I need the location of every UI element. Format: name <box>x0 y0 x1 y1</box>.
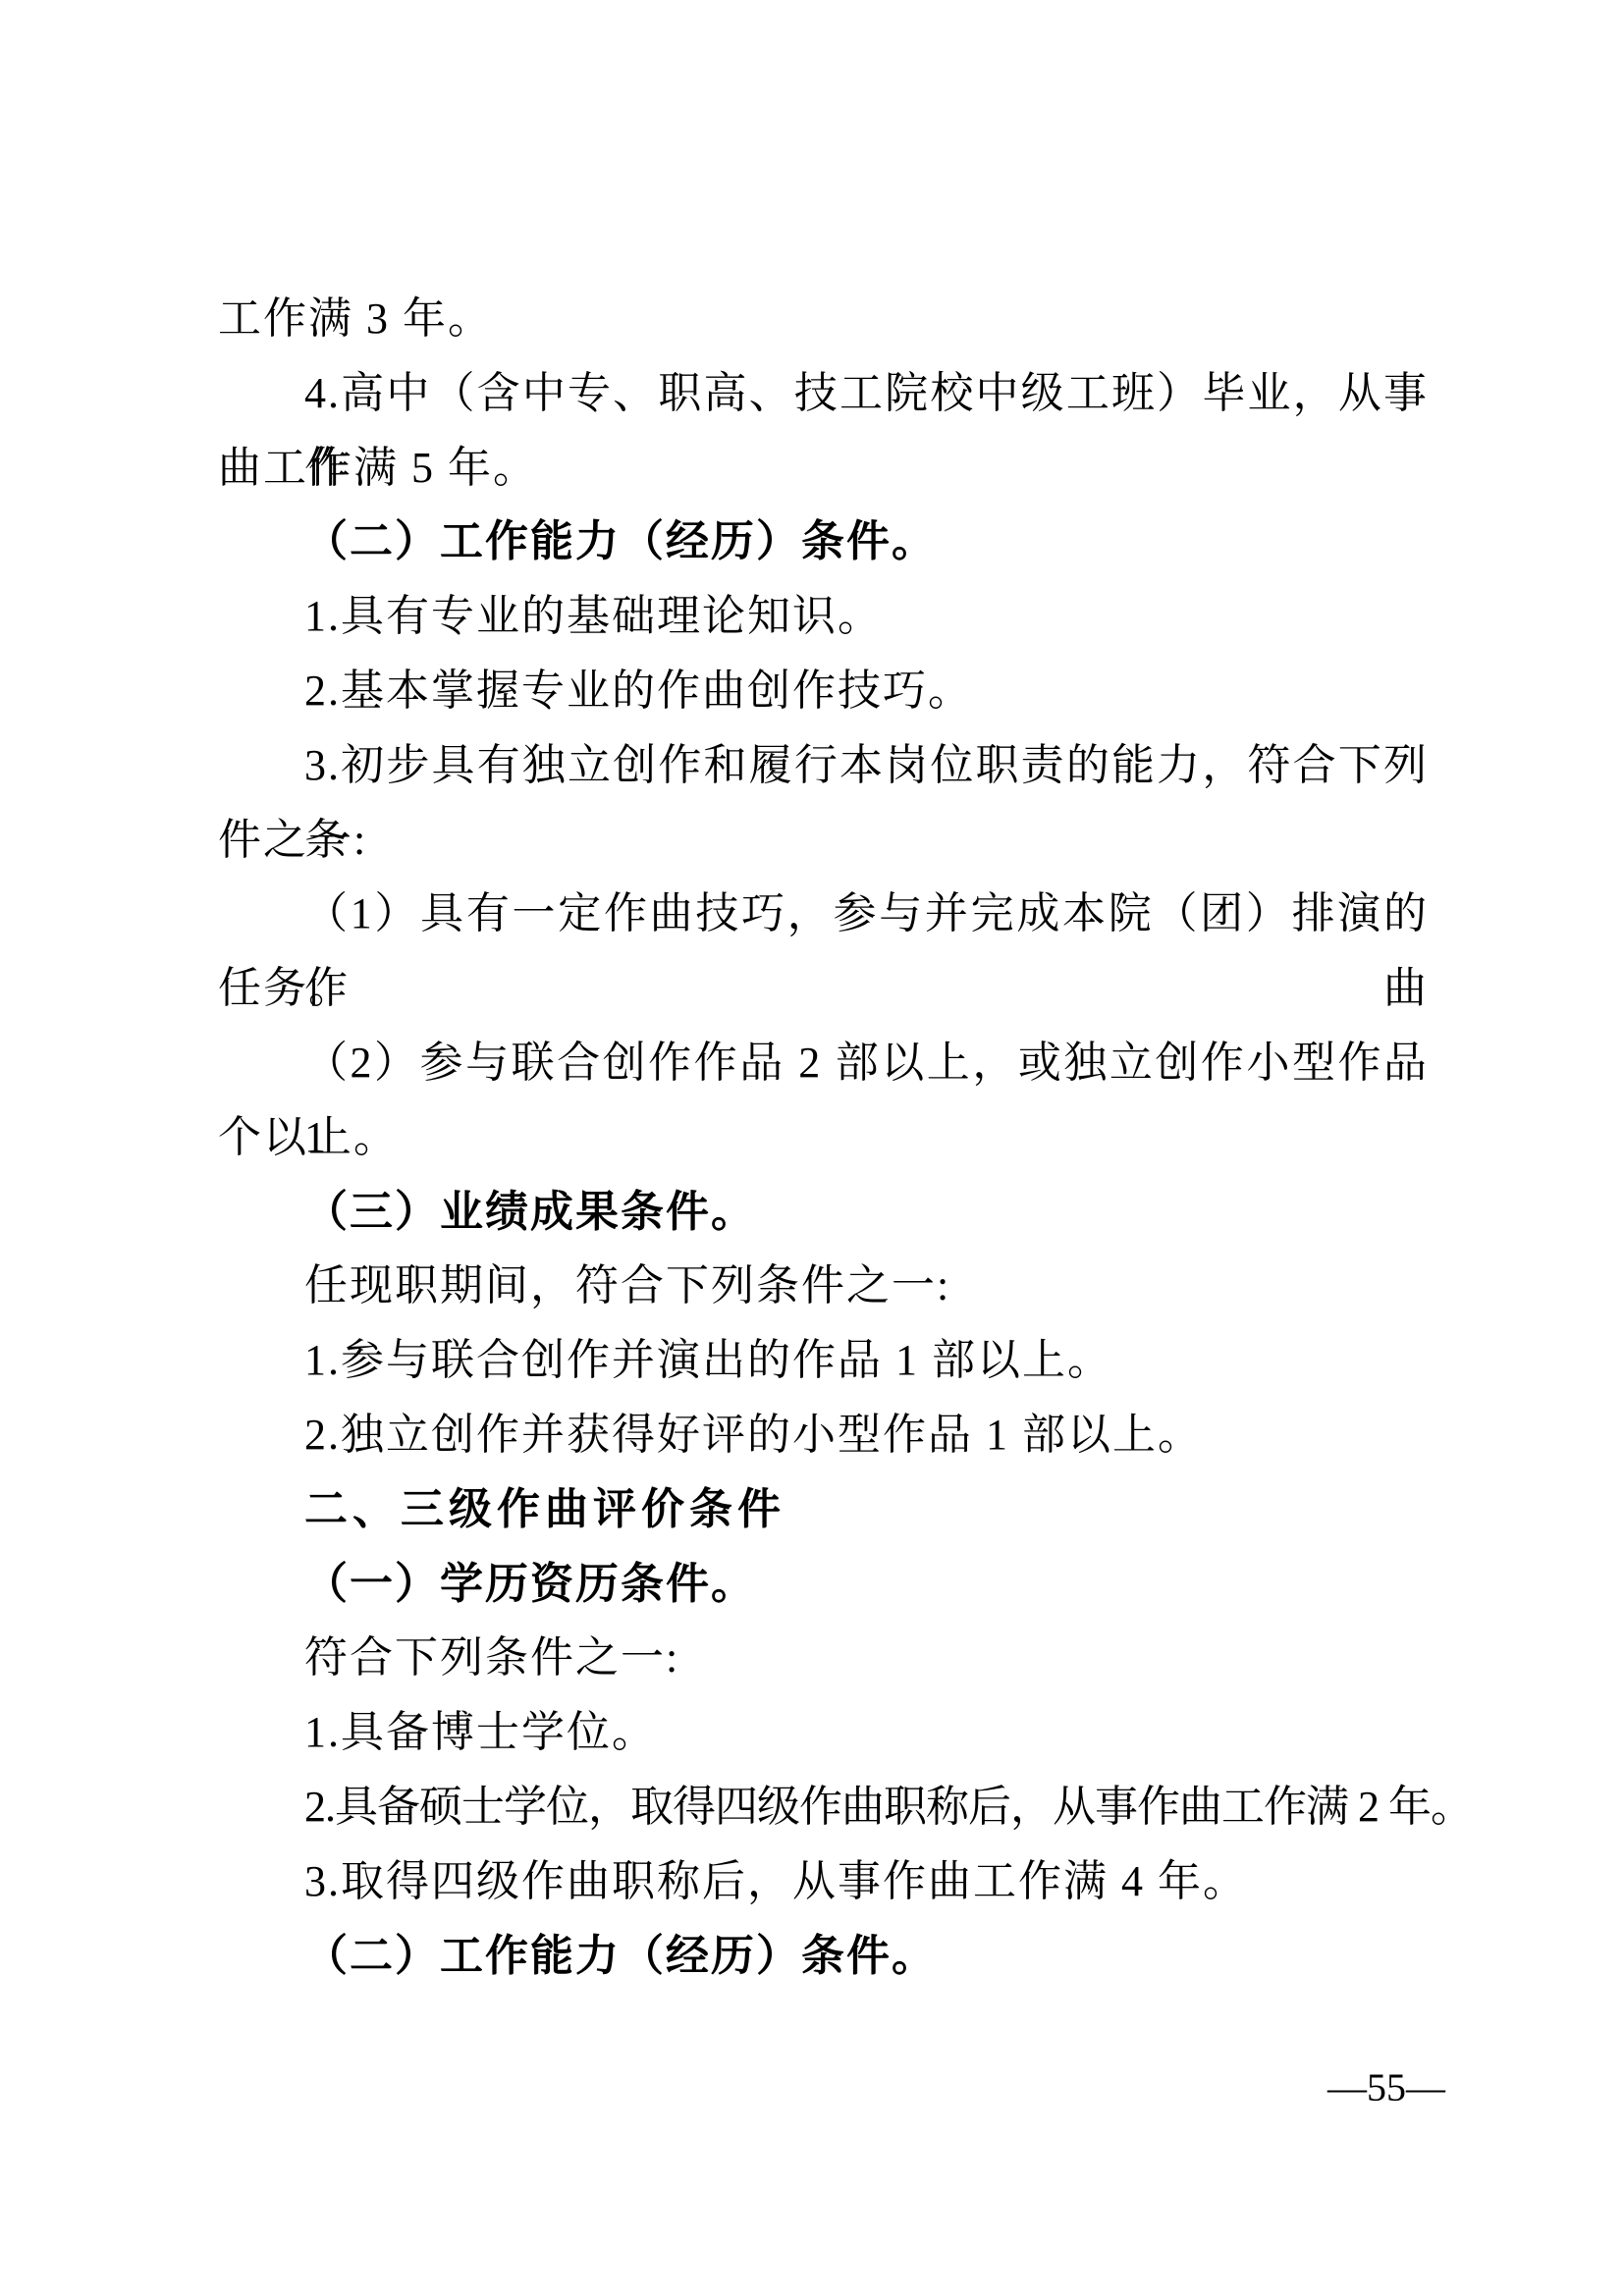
body-line: 件之一: <box>218 803 1429 878</box>
body-line: 4.高中（含中专、职高、技工院校中级工班）毕业，从事作 <box>218 356 1429 431</box>
body-line: 个以上。 <box>218 1100 1429 1175</box>
section-heading: （二）工作能力（经历）条件。 <box>218 505 1429 579</box>
body-line: 曲工作满 5 年。 <box>218 431 1429 506</box>
document-body: 工作满 3 年。 4.高中（含中专、职高、技工院校中级工班）毕业，从事作 曲工作… <box>218 282 1429 1993</box>
body-line: 2.独立创作并获得好评的小型作品 1 部以上。 <box>218 1398 1429 1472</box>
chapter-heading: 二、三级作曲评价条件 <box>218 1472 1429 1547</box>
body-line: 1.具有专业的基础理论知识。 <box>218 579 1429 654</box>
section-heading: （三）业绩成果条件。 <box>218 1175 1429 1250</box>
body-line: 1.参与联合创作并演出的作品 1 部以上。 <box>218 1323 1429 1398</box>
section-heading: （二）工作能力（经历）条件。 <box>218 1919 1429 1994</box>
document-page: 工作满 3 年。 4.高中（含中专、职高、技工院校中级工班）毕业，从事作 曲工作… <box>0 0 1623 2296</box>
body-line: 3.初步具有独立创作和履行本岗位职责的能力，符合下列条 <box>218 728 1429 803</box>
body-line: （1）具有一定作曲技巧，参与并完成本院（团）排演的作曲 <box>218 877 1429 951</box>
body-line: 符合下列条件之一: <box>218 1621 1429 1695</box>
body-line: 2.具备硕士学位，取得四级作曲职称后，从事作曲工作满 2 年。 <box>218 1770 1429 1844</box>
page-number: —55— <box>1327 2064 1445 2111</box>
body-line: 工作满 3 年。 <box>218 282 1429 356</box>
section-heading: （一）学历资历条件。 <box>218 1547 1429 1622</box>
body-line: 任现职期间，符合下列条件之一: <box>218 1249 1429 1323</box>
body-line: 1.具备博士学位。 <box>218 1695 1429 1770</box>
body-line: （2）参与联合创作作品 2 部以上，或独立创作小型作品 1 <box>218 1026 1429 1100</box>
body-line: 3.取得四级作曲职称后，从事作曲工作满 4 年。 <box>218 1844 1429 1919</box>
body-line: 2.基本掌握专业的作曲创作技巧。 <box>218 654 1429 728</box>
